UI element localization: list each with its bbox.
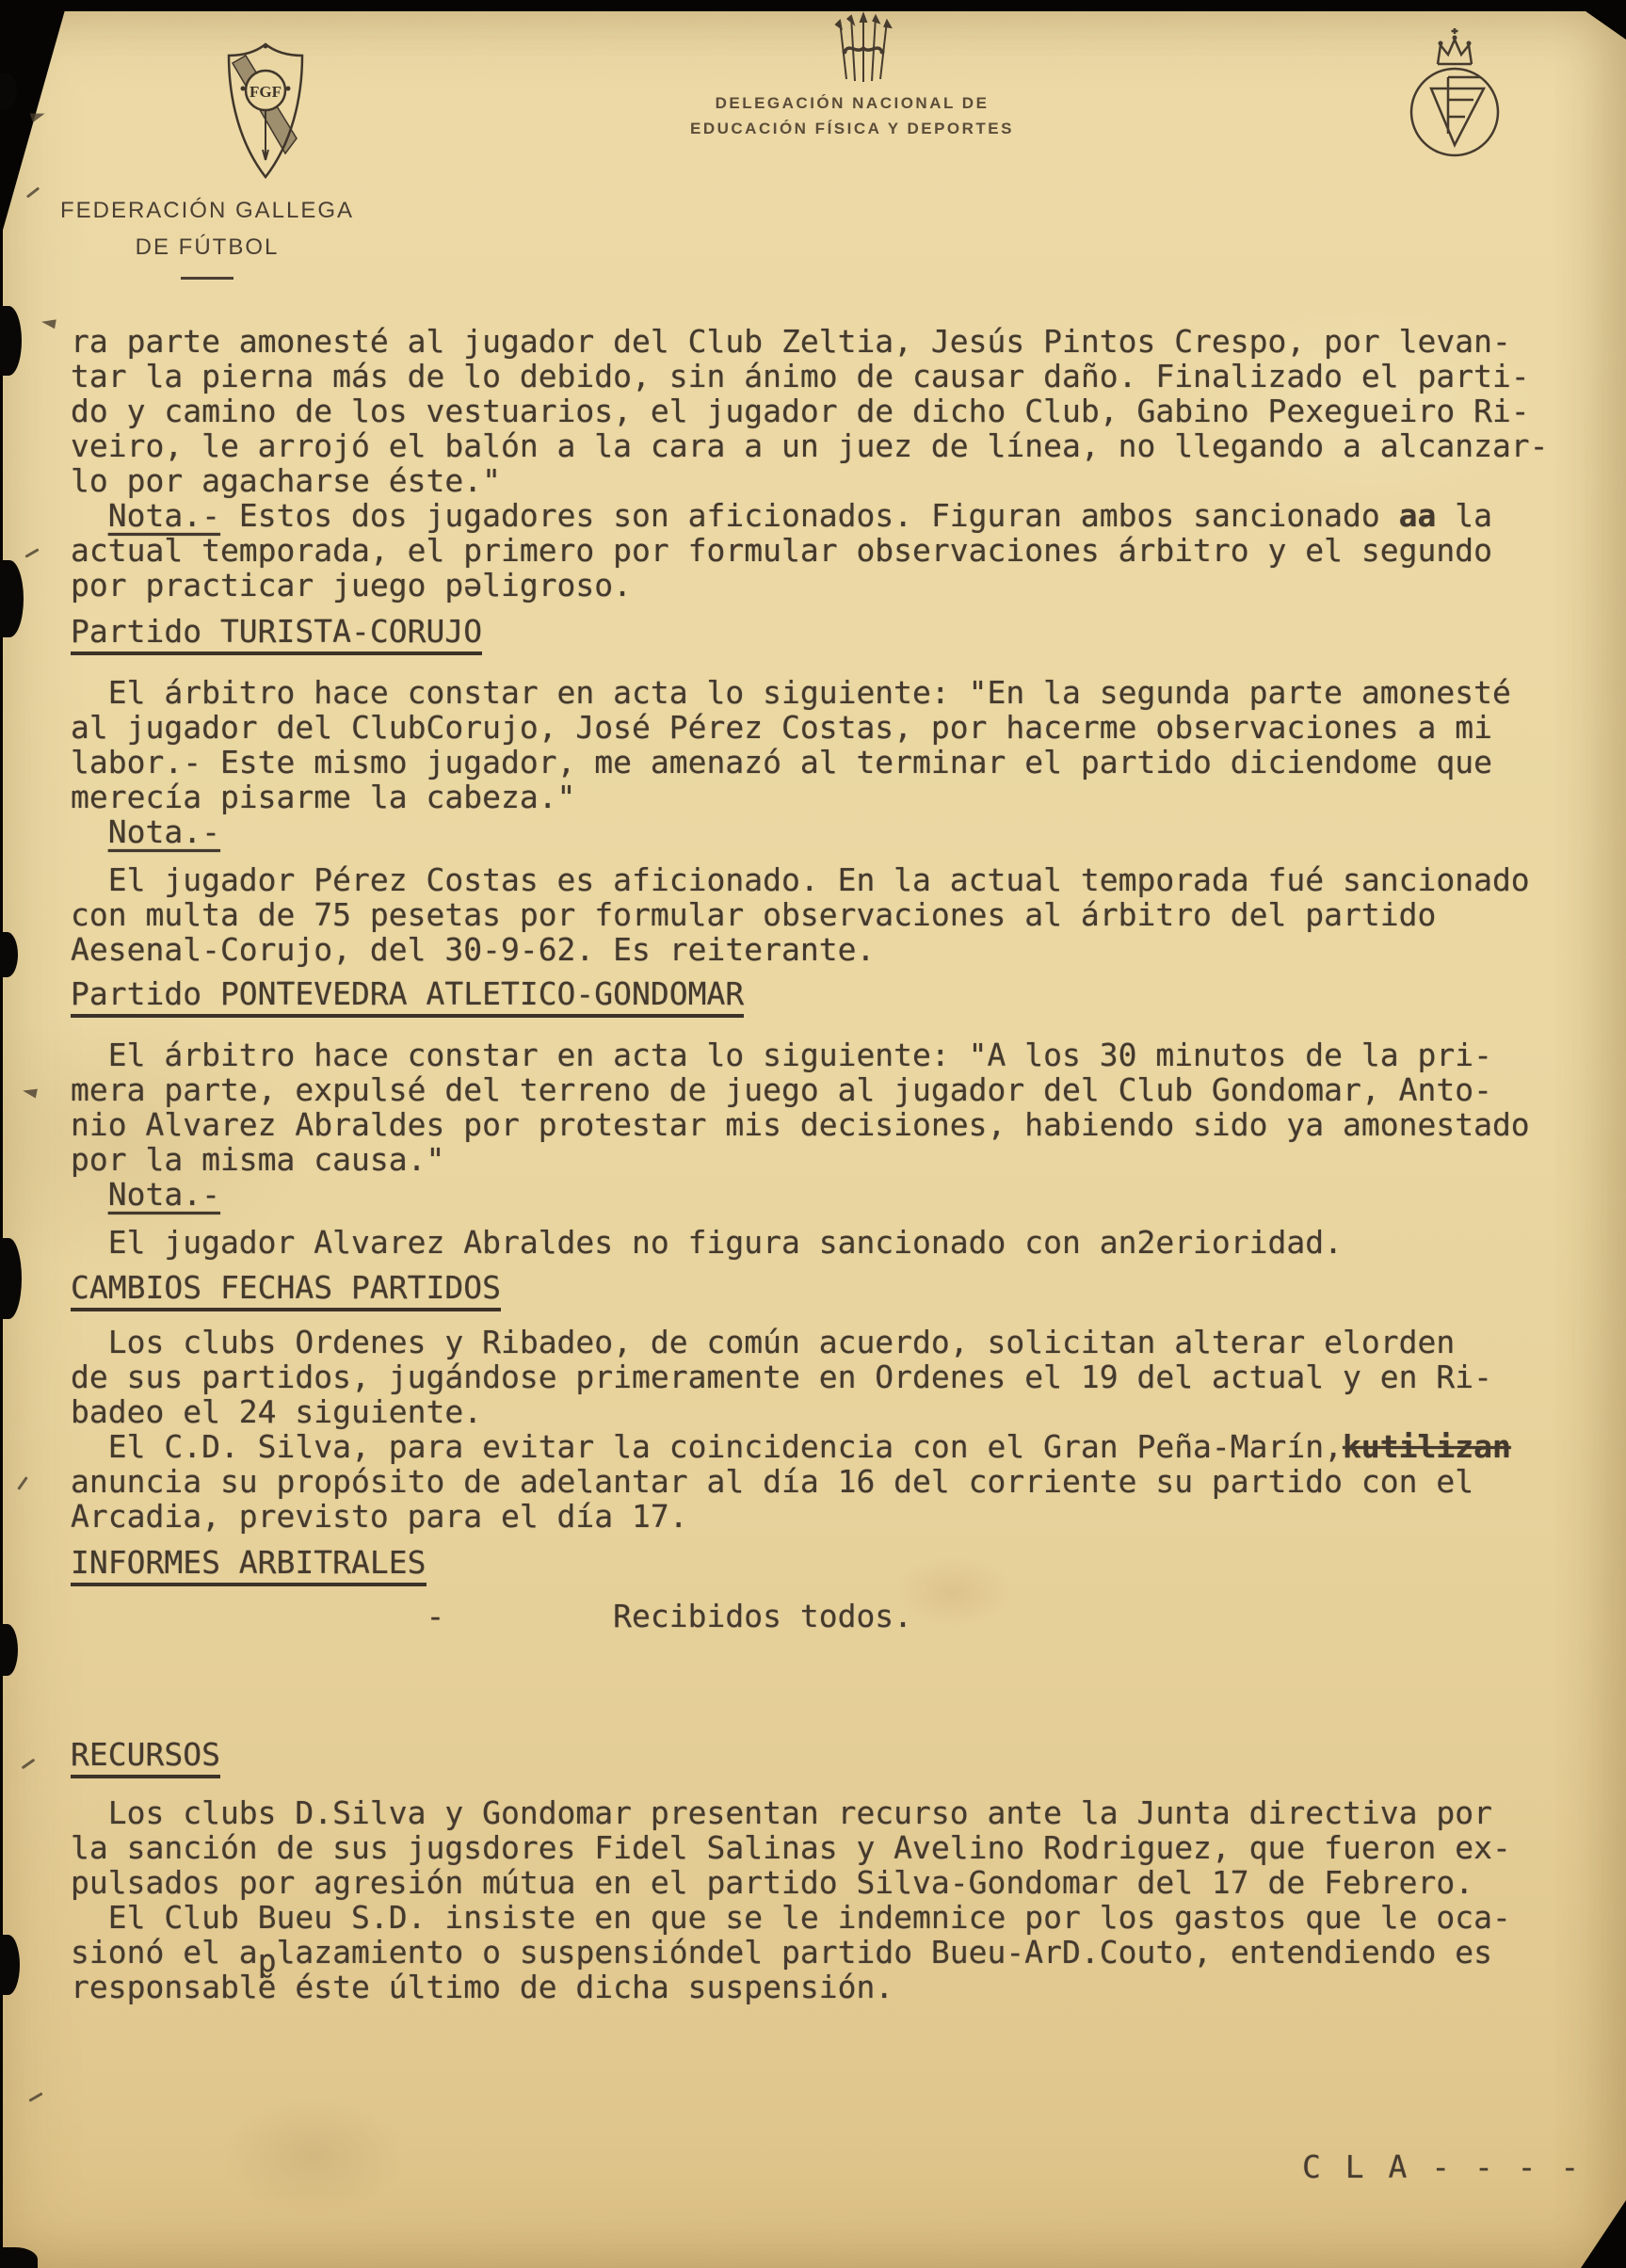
text-line: do y camino de los vestuarios, el jugado… [71, 394, 1586, 428]
paragraph-pontevedra-gondomar: El árbitro hace constar en acta lo sigui… [71, 1037, 1586, 1212]
text-line: anuncia su propósito de adelantar al día… [71, 1464, 1586, 1499]
text-line: sionó el aplazamiento o suspensióndel pa… [71, 1935, 1586, 1970]
title-rule [181, 277, 233, 280]
rfef-crest-logo [1399, 19, 1510, 162]
text-line: El Club Bueu S.D. insiste en que se le i… [71, 1900, 1586, 1935]
section-heading: RECURSOS [71, 1737, 1586, 1778]
text-line: - Recibidos todos. [71, 1599, 1586, 1633]
text-line: Nota.- [71, 1177, 1586, 1212]
text-line: con multa de 75 pesetas por formular obs… [71, 897, 1586, 932]
letterhead-center: DELEGACIÓN NACIONAL DE EDUCACIÓN FÍSICA … [678, 90, 1026, 141]
svg-text:FGF: FGF [250, 83, 282, 101]
paragraph-cambios-fechas: Los clubs Ordenes y Ribadeo, de común ac… [71, 1325, 1586, 1534]
paragraph-continuation: ra parte amonesté al jugador del Club Ze… [71, 324, 1586, 603]
text-line: badeo el 24 siguiente. [71, 1394, 1586, 1429]
text-line: El C.D. Silva, para evitar la coincidenc… [71, 1429, 1586, 1464]
text-line: responsablĕ éste último de dicha suspens… [71, 1970, 1586, 2004]
text-line: El jugador Alvarez Abraldes no figura sa… [71, 1225, 1586, 1260]
document-body: ra parte amonesté al jugador del Club Ze… [71, 324, 1586, 2004]
delegation-line2: EDUCACIÓN FÍSICA Y DEPORTES [678, 116, 1026, 141]
text-line: Aesenal-Corujo, del 30-9-62. Es reiteran… [71, 932, 1586, 967]
scan-edge-top [0, 0, 1626, 11]
text-line: ra parte amonesté al jugador del Club Ze… [71, 324, 1586, 359]
text-line: El árbitro hace constar en acta lo sigui… [71, 675, 1586, 710]
text-line: por practicar juego pəligroso. [71, 568, 1586, 603]
section-heading: Partido TURISTA-CORUJO [71, 614, 1586, 655]
paragraph-turista-corujo: El árbitro hace constar en acta lo sigui… [71, 675, 1586, 849]
yoke-and-arrows-icon [834, 11, 893, 85]
text-line: merecía pisarme la cabeza." [71, 780, 1586, 814]
text-line: Nota.- [71, 814, 1586, 849]
text-line: nio Alvarez Abraldes por protestar mis d… [71, 1107, 1586, 1142]
text-line: actual temporada, el primero por formula… [71, 533, 1586, 568]
footer-code: C L A - - - - [1302, 2148, 1582, 2185]
paragraph-recursos: Los clubs D.Silva y Gondomar presentan r… [71, 1795, 1586, 2004]
text-line: Nota.- Estos dos jugadores son aficionad… [71, 498, 1586, 533]
section-heading: INFORMES ARBITRALES [71, 1545, 1586, 1586]
text-line: pulsados por agresión mútua en el partid… [71, 1865, 1586, 1900]
fgf-shield-logo: FGF [222, 38, 309, 184]
text-line: lo por agacharse éste." [71, 463, 1586, 498]
section-heading: CAMBIOS FECHAS PARTIDOS [71, 1270, 1586, 1311]
text-line: El árbitro hace constar en acta lo sigui… [71, 1037, 1586, 1072]
org-title-line2: DE FÚTBOL [52, 234, 362, 261]
text-line: Los clubs Ordenes y Ribadeo, de común ac… [71, 1325, 1586, 1359]
section-heading: Partido PONTEVEDRA ATLETICO-GONDOMAR [71, 976, 1586, 1018]
paragraph-turista-corujo-nota: El jugador Pérez Costas es aficionado. E… [71, 862, 1586, 967]
text-line: la sanción de sus jugsdores Fidel Salina… [71, 1830, 1586, 1865]
text-line: mera parte, expulsé del terreno de juego… [71, 1072, 1586, 1107]
text-line: veiro, le arrojó el balón a la cara a un… [71, 428, 1586, 463]
paragraph-informes-arbitrales: - Recibidos todos. [71, 1599, 1586, 1633]
text-line: por la misma causa." [71, 1142, 1586, 1177]
scanned-document: FGF [0, 0, 1626, 2268]
org-title-line1: FEDERACIÓN GALLEGA [52, 198, 362, 224]
text-line: de sus partidos, jugándose primeramente … [71, 1359, 1586, 1394]
paragraph-pontevedra-gondomar-nota: El jugador Alvarez Abraldes no figura sa… [71, 1225, 1586, 1260]
text-line: Los clubs D.Silva y Gondomar presentan r… [71, 1795, 1586, 1830]
text-line: labor.- Este mismo jugador, me amenazó a… [71, 745, 1586, 780]
delegation-line1: DELEGACIÓN NACIONAL DE [678, 90, 1026, 116]
text-line: tar la pierna más de lo debido, sin ánim… [71, 359, 1586, 394]
text-line: al jugador del ClubCorujo, José Pérez Co… [71, 710, 1586, 745]
letterhead-left: FEDERACIÓN GALLEGA DE FÚTBOL [52, 198, 362, 280]
text-line: El jugador Pérez Costas es aficionado. E… [71, 862, 1586, 897]
text-line: Arcadia, previsto para el día 17. [71, 1499, 1586, 1534]
